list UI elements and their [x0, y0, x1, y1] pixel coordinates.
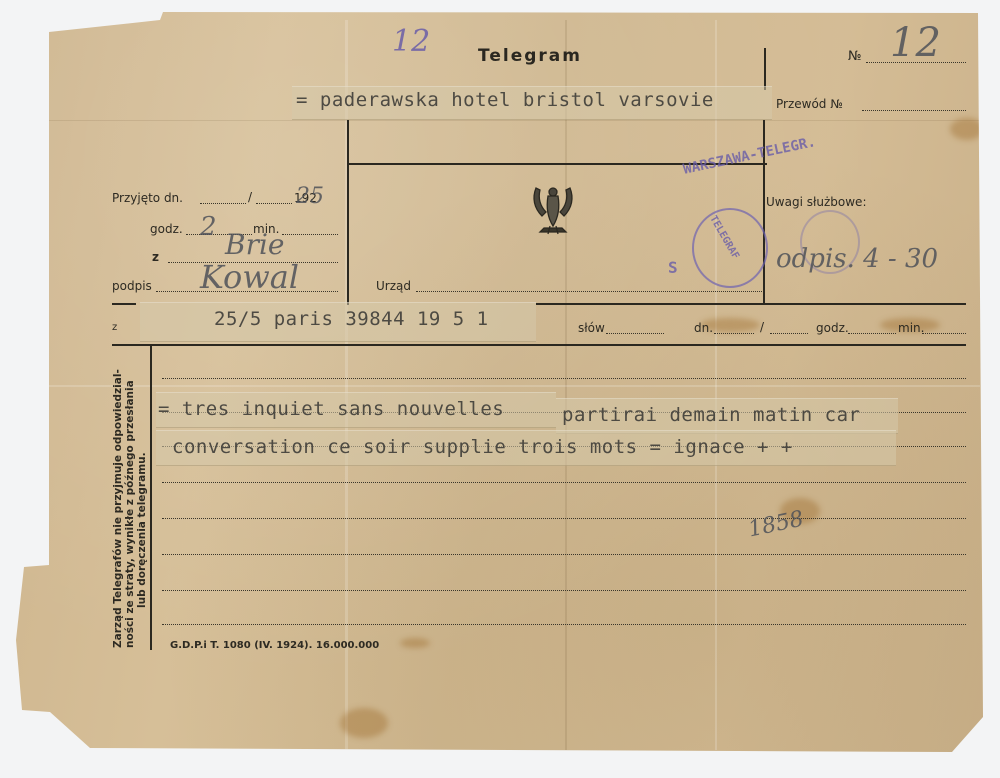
handwritten-z: Brie — [225, 228, 285, 261]
origin-month-field-line — [770, 333, 808, 334]
message-line-5 — [162, 518, 966, 519]
origin-z-label: z — [112, 322, 117, 333]
origin-min-label: min. — [898, 321, 924, 335]
origin-min-field-line — [922, 333, 966, 334]
message-text-1: = tres inquiet sans nouvelles — [158, 398, 504, 420]
document-title: Telegram — [478, 46, 582, 66]
message-text-3: conversation ce soir supplie trois mots … — [172, 436, 793, 458]
message-line-7 — [162, 590, 966, 591]
disclaimer-line-3: lub doręczenia telegramu. — [136, 369, 148, 648]
number-label: № — [848, 49, 862, 64]
origin-separator: / — [760, 320, 764, 334]
origin-godz-field-line — [848, 333, 896, 334]
przyjeto-label: Przyjęto dn. — [112, 191, 183, 205]
origin-dn-label: dn. — [694, 321, 713, 335]
min-field-line — [282, 234, 338, 235]
left-box-border — [347, 120, 349, 305]
header-divider — [764, 48, 766, 90]
month-field-line — [256, 203, 292, 204]
handwritten-minutes: 25 — [296, 184, 324, 209]
slow-field-line — [606, 333, 664, 334]
origin-dn-field-line — [714, 333, 754, 334]
origin-top-line-left — [112, 303, 136, 305]
message-line-4 — [162, 482, 966, 483]
disclaimer-line-2: ności ze straty, wynikłe z późnego przes… — [124, 369, 136, 648]
uwagi-label: Uwagi służbowe: — [766, 195, 866, 209]
origin-godz-label: godz. — [816, 321, 849, 335]
message-text-2: partirai demain matin car — [562, 404, 860, 426]
urzad-field-line — [416, 291, 762, 292]
print-code: G.D.P.i T. 1080 (IV. 1924). 16.000.000 — [170, 640, 379, 651]
eagle-emblem-icon — [530, 182, 576, 240]
handwritten-hour: 2 — [200, 212, 217, 242]
message-line-8 — [162, 624, 966, 625]
z-label: z — [152, 250, 159, 264]
przewod-field-line — [862, 110, 966, 111]
date-separator: / — [248, 190, 252, 204]
disclaimer-line-1: Zarząd Telegrafów nie przyjmuje odpowied… — [112, 369, 124, 648]
handwritten-signature: Kowal — [200, 258, 299, 296]
address-text: = paderawska hotel bristol varsovie — [296, 89, 714, 111]
slow-label: słów — [578, 321, 605, 335]
urzad-label: Urząd — [376, 279, 411, 293]
handwritten-top-number: 12 — [392, 24, 430, 59]
message-line-1 — [162, 378, 966, 379]
handwritten-uwagi: odpis. 4 - 30 — [776, 244, 938, 274]
side-disclaimer: Zarząd Telegrafów nie przyjmuje odpowied… — [112, 369, 148, 648]
message-top-line — [112, 344, 966, 346]
handwritten-number: 12 — [890, 20, 941, 66]
origin-top-line-right — [536, 303, 966, 305]
godz-label: godz. — [150, 222, 183, 236]
message-line-6 — [162, 554, 966, 555]
day-field-line — [200, 203, 246, 204]
stamp-letter: S — [668, 258, 678, 277]
message-left-border — [150, 344, 152, 650]
origin-text: 25/5 paris 39844 19 5 1 — [214, 308, 489, 330]
przewod-label: Przewód № — [776, 97, 843, 111]
podpis-label: podpis — [112, 279, 152, 293]
